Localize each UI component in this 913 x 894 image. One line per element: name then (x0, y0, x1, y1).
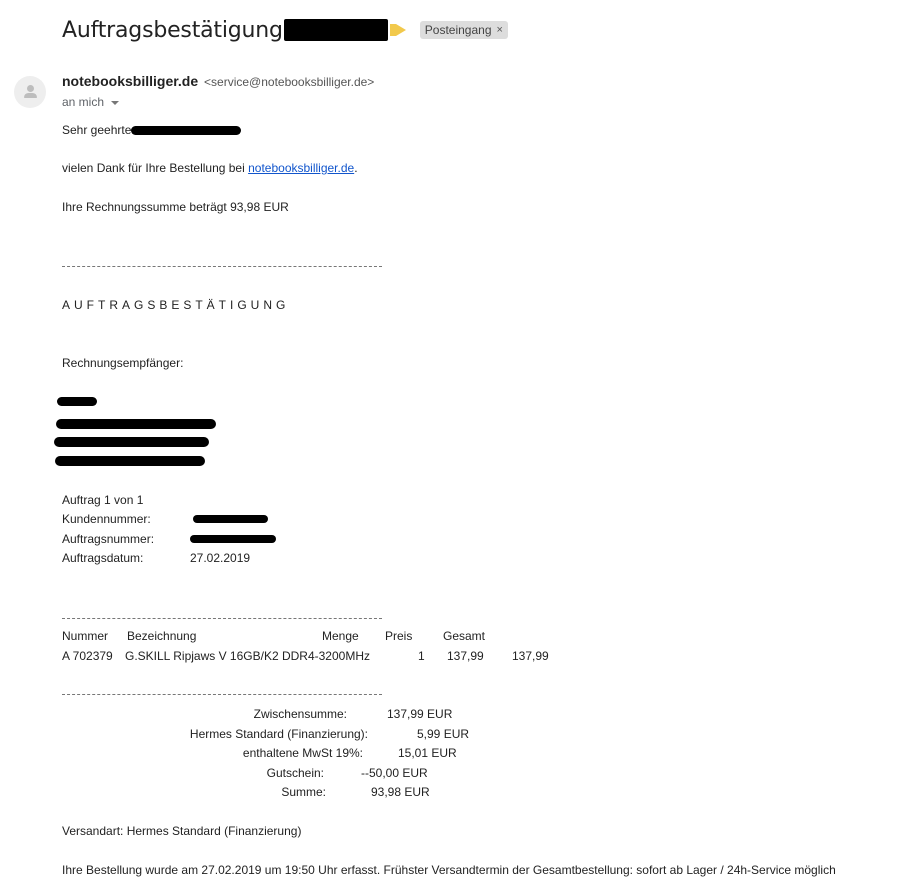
voucher-value: --50,00 EUR (361, 766, 428, 780)
order-date: 27.02.2019 (190, 551, 250, 565)
vat-value: 15,01 EUR (398, 746, 457, 760)
order-note: Ihre Bestellung wurde am 27.02.2019 um 1… (62, 863, 836, 877)
voucher-label: Gutschein: (267, 766, 324, 780)
chevron-down-icon[interactable] (111, 101, 119, 105)
redaction (190, 535, 276, 543)
shipping-label: Hermes Standard (Finanzierung): (190, 727, 368, 741)
label-chip-inbox: Posteingang × (420, 21, 508, 39)
importance-marker-icon[interactable] (390, 24, 406, 36)
separator (62, 618, 382, 619)
col-header-price: Preis (385, 629, 412, 643)
item-qty: 1 (418, 649, 425, 663)
sender-avatar (14, 76, 46, 108)
order-no-label: Auftragsnummer: (62, 532, 154, 546)
subtotal-label: Zwischensumme: (254, 707, 347, 721)
redaction (284, 19, 388, 41)
col-header-number: Nummer (62, 629, 108, 643)
separator (62, 266, 382, 267)
section-heading: AUFTRAGSBESTÄTIGUNG (62, 298, 289, 312)
redaction (55, 456, 205, 466)
redaction (56, 419, 216, 429)
customer-no-label: Kundennummer: (62, 512, 151, 526)
recipient-text: an mich (62, 95, 104, 109)
sender-email: <service@notebooksbilliger.de> (204, 75, 374, 89)
redaction (193, 515, 268, 523)
shipping-value: 5,99 EUR (417, 727, 469, 741)
greeting-line: Sehr geehrte (62, 123, 241, 137)
recipient-details[interactable]: an mich (62, 95, 119, 109)
sender-info: notebooksbilliger.de <service@notebooksb… (62, 73, 374, 89)
subtotal-value: 137,99 EUR (387, 707, 452, 721)
remove-label-icon[interactable]: × (497, 24, 503, 36)
recipient-label: Rechnungsempfänger: (62, 356, 183, 370)
invoice-sum-line: Ihre Rechnungssumme beträgt 93,98 EUR (62, 200, 289, 214)
vat-label: enthaltene MwSt 19%: (243, 746, 363, 760)
separator (62, 694, 382, 695)
shop-link[interactable]: notebooksbilliger.de (248, 161, 354, 175)
redaction (57, 397, 97, 406)
order-count: Auftrag 1 von 1 (62, 493, 143, 507)
sum-value: 93,98 EUR (371, 785, 430, 799)
col-header-qty: Menge (322, 629, 359, 643)
person-icon (27, 85, 34, 92)
shipping-method: Versandart: Hermes Standard (Finanzierun… (62, 824, 301, 838)
label-text: Posteingang (425, 23, 492, 37)
thanks-line: vielen Dank für Ihre Bestellung bei note… (62, 161, 358, 175)
sum-label: Summe: (281, 785, 326, 799)
email-subject: Auftragsbestätigung (62, 18, 283, 43)
col-header-total: Gesamt (443, 629, 485, 643)
item-price: 137,99 (447, 649, 484, 663)
order-date-label: Auftragsdatum: (62, 551, 143, 565)
item-total: 137,99 (512, 649, 549, 663)
col-header-description: Bezeichnung (127, 629, 196, 643)
sender-name[interactable]: notebooksbilliger.de (62, 73, 198, 89)
greeting: Sehr geehrte (62, 123, 131, 137)
item-number: A 702379 (62, 649, 113, 663)
email-header: Auftragsbestätigung Posteingang × (62, 14, 508, 46)
period: . (354, 161, 357, 175)
redaction (131, 126, 241, 135)
item-description: G.SKILL Ripjaws V 16GB/K2 DDR4-3200MHz (125, 649, 370, 663)
thanks-text: vielen Dank für Ihre Bestellung bei (62, 161, 248, 175)
redaction (54, 437, 209, 447)
